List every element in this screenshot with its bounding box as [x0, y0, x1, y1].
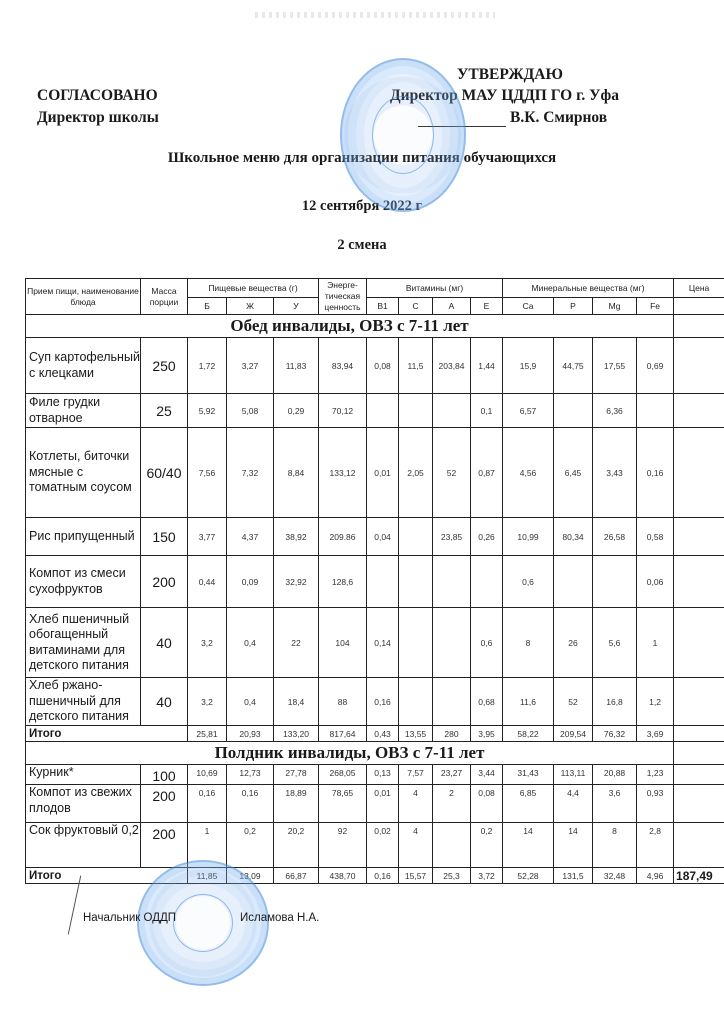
value-cell	[433, 823, 471, 868]
value-cell: 113,11	[554, 765, 593, 785]
portion-mass: 200	[141, 556, 188, 608]
portion-mass: 250	[141, 338, 188, 394]
col-vitamins: Витамины (мг)	[367, 279, 503, 298]
value-cell: 0,02	[367, 823, 399, 868]
value-cell: 7,56	[188, 428, 227, 518]
value-cell: 0,6	[471, 608, 503, 678]
col-fat: Ж	[227, 298, 274, 315]
value-cell: 0,06	[637, 556, 674, 608]
value-cell	[399, 678, 433, 726]
col-protein: Б	[188, 298, 227, 315]
col-minerals: Минеральные вещества (мг)	[503, 279, 674, 298]
total-value: 133,20	[274, 726, 319, 742]
value-cell: 20,88	[593, 765, 637, 785]
price-cell	[674, 765, 724, 785]
col-mg: Mg	[593, 298, 637, 315]
value-cell: 3,2	[188, 678, 227, 726]
value-cell: 8	[503, 608, 554, 678]
total-value: 280	[433, 726, 471, 742]
value-cell: 268,05	[319, 765, 367, 785]
document-title: Школьное меню для организации питания об…	[0, 150, 724, 167]
dish-name: Хлеб ржано-пшеничный для детского питани…	[26, 678, 141, 726]
scan-artifact	[255, 12, 495, 18]
value-cell	[471, 556, 503, 608]
value-cell: 0,58	[637, 518, 674, 556]
value-cell: 92	[319, 823, 367, 868]
footer-position: Начальник ОДДП	[83, 912, 176, 924]
shift-label: 2 смена	[0, 237, 724, 254]
table-row: Компот из свежих плодов2000,160,1618,897…	[26, 785, 724, 823]
signature-mark	[68, 876, 81, 935]
total-value: 3,95	[471, 726, 503, 742]
total-value: 817,64	[319, 726, 367, 742]
table-row: Хлеб ржано-пшеничный для детского питани…	[26, 678, 724, 726]
total-value: 438,70	[319, 868, 367, 884]
value-cell: 0,69	[637, 338, 674, 394]
value-cell: 17,55	[593, 338, 637, 394]
col-price-sub	[674, 298, 724, 315]
signature-line	[418, 126, 506, 127]
value-cell: 1	[188, 823, 227, 868]
section-row: Обед инвалиды, ОВЗ с 7-11 лет	[26, 315, 724, 338]
total-label: Итого	[26, 726, 188, 742]
value-cell	[433, 678, 471, 726]
value-cell: 5,6	[593, 608, 637, 678]
value-cell: 3,2	[188, 608, 227, 678]
footer-name: Исламова Н.А.	[240, 912, 319, 924]
value-cell: 8	[593, 823, 637, 868]
total-value: 76,32	[593, 726, 637, 742]
price-cell	[674, 785, 724, 823]
value-cell: 1,2	[637, 678, 674, 726]
document-date: 12 сентября 2022 г	[0, 198, 724, 215]
value-cell: 0,4	[227, 608, 274, 678]
col-a: A	[433, 298, 471, 315]
value-cell: 1	[637, 608, 674, 678]
value-cell: 26,58	[593, 518, 637, 556]
value-cell: 0,93	[637, 785, 674, 823]
value-cell: 8,84	[274, 428, 319, 518]
total-value: 58,22	[503, 726, 554, 742]
section-title: Обед инвалиды, ОВЗ с 7-11 лет	[26, 315, 674, 338]
value-cell: 14	[554, 823, 593, 868]
portion-mass: 150	[141, 518, 188, 556]
value-cell: 0,04	[367, 518, 399, 556]
value-cell: 0,6	[503, 556, 554, 608]
approved-name: В.К. Смирнов	[510, 109, 607, 127]
value-cell	[433, 608, 471, 678]
value-cell: 0,2	[471, 823, 503, 868]
dish-name: Курник*	[26, 765, 141, 785]
value-cell: 203,84	[433, 338, 471, 394]
value-cell: 6,85	[503, 785, 554, 823]
value-cell: 0,2	[227, 823, 274, 868]
value-cell: 1,23	[637, 765, 674, 785]
approved-title: УТВЕРЖДАЮ	[457, 66, 563, 84]
total-value: 20,93	[227, 726, 274, 742]
value-cell: 6,45	[554, 428, 593, 518]
table-row: Хлеб пшеничный обогащенный витаминами дл…	[26, 608, 724, 678]
value-cell: 0,16	[367, 678, 399, 726]
dish-name: Сок фруктовый 0,2	[26, 823, 141, 868]
value-cell: 83,94	[319, 338, 367, 394]
value-cell: 3,77	[188, 518, 227, 556]
value-cell: 0,08	[471, 785, 503, 823]
value-cell	[637, 394, 674, 428]
agreed-position: Директор школы	[37, 109, 159, 127]
value-cell: 26	[554, 608, 593, 678]
menu-table: Прием пищи, наименование блюда Масса пор…	[25, 278, 724, 884]
value-cell: 0,26	[471, 518, 503, 556]
value-cell	[554, 394, 593, 428]
value-cell: 3,44	[471, 765, 503, 785]
value-cell: 0,1	[471, 394, 503, 428]
value-cell: 32,92	[274, 556, 319, 608]
value-cell: 0,87	[471, 428, 503, 518]
value-cell: 0,68	[471, 678, 503, 726]
value-cell	[367, 394, 399, 428]
value-cell: 0,01	[367, 785, 399, 823]
value-cell: 0,16	[637, 428, 674, 518]
col-fe: Fe	[637, 298, 674, 315]
value-cell: 20,2	[274, 823, 319, 868]
value-cell	[554, 556, 593, 608]
total-value: 13,55	[399, 726, 433, 742]
value-cell	[399, 556, 433, 608]
total-value: 0,43	[367, 726, 399, 742]
total-value: 66,87	[274, 868, 319, 884]
value-cell: 0,08	[367, 338, 399, 394]
value-cell: 52	[554, 678, 593, 726]
price-cell	[674, 338, 724, 394]
value-cell: 209.86	[319, 518, 367, 556]
value-cell: 14	[503, 823, 554, 868]
price-cell	[674, 394, 724, 428]
value-cell	[433, 394, 471, 428]
value-cell: 2,05	[399, 428, 433, 518]
dish-name: Котлеты, биточки мясные с томатным соусо…	[26, 428, 141, 518]
value-cell: 18,89	[274, 785, 319, 823]
total-value: 3,72	[471, 868, 503, 884]
value-cell: 7,57	[399, 765, 433, 785]
price-cell	[674, 608, 724, 678]
value-cell: 23,85	[433, 518, 471, 556]
value-cell: 0,14	[367, 608, 399, 678]
value-cell: 38,92	[274, 518, 319, 556]
total-value: 131,5	[554, 868, 593, 884]
value-cell: 2,8	[637, 823, 674, 868]
table-row: Рис припущенный1503,774,3738,92209.860,0…	[26, 518, 724, 556]
price-cell	[674, 315, 724, 338]
value-cell: 22	[274, 608, 319, 678]
value-cell: 5,92	[188, 394, 227, 428]
value-cell: 27,78	[274, 765, 319, 785]
value-cell: 18,4	[274, 678, 319, 726]
total-value: 25,81	[188, 726, 227, 742]
value-cell: 133,12	[319, 428, 367, 518]
price-cell	[674, 428, 724, 518]
col-e: E	[471, 298, 503, 315]
value-cell: 23,27	[433, 765, 471, 785]
col-price: Цена	[674, 279, 724, 298]
col-carbs: У	[274, 298, 319, 315]
value-cell: 0,44	[188, 556, 227, 608]
value-cell: 52	[433, 428, 471, 518]
portion-mass: 40	[141, 608, 188, 678]
approved-position: Директор МАУ ЦДДП ГО г. Уфа	[390, 87, 619, 105]
value-cell: 0,29	[274, 394, 319, 428]
total-label: Итого	[26, 868, 188, 884]
value-cell: 11,83	[274, 338, 319, 394]
official-stamp	[340, 58, 466, 212]
header-row-1: Прием пищи, наименование блюда Масса пор…	[26, 279, 724, 298]
value-cell: 16,8	[593, 678, 637, 726]
value-cell: 44,75	[554, 338, 593, 394]
col-energy: Энерге- тическая ценность	[319, 279, 367, 315]
value-cell: 128,6	[319, 556, 367, 608]
value-cell: 11,5	[399, 338, 433, 394]
portion-mass: 60/40	[141, 428, 188, 518]
table-row: Котлеты, биточки мясные с томатным соусо…	[26, 428, 724, 518]
value-cell: 104	[319, 608, 367, 678]
total-value: 209,54	[554, 726, 593, 742]
col-nutrients: Пищевые вещества (г)	[188, 279, 319, 298]
value-cell: 2	[433, 785, 471, 823]
table-row: Курник*10010,6912,7327,78268,050,137,572…	[26, 765, 724, 785]
portion-mass: 25	[141, 394, 188, 428]
value-cell	[367, 556, 399, 608]
portion-mass: 100	[141, 765, 188, 785]
price-cell	[674, 556, 724, 608]
value-cell: 80,34	[554, 518, 593, 556]
value-cell: 0,13	[367, 765, 399, 785]
value-cell: 11,6	[503, 678, 554, 726]
portion-mass: 40	[141, 678, 188, 726]
col-c: C	[399, 298, 433, 315]
total-price	[674, 726, 724, 742]
value-cell: 4	[399, 823, 433, 868]
col-ca: Ca	[503, 298, 554, 315]
col-meal: Прием пищи, наименование блюда	[26, 279, 141, 315]
dish-name: Суп картофельный с клецками	[26, 338, 141, 394]
total-value: 52,28	[503, 868, 554, 884]
value-cell: 5,08	[227, 394, 274, 428]
value-cell: 4	[399, 785, 433, 823]
dish-name: Компот из свежих плодов	[26, 785, 141, 823]
portion-mass: 200	[141, 823, 188, 868]
value-cell: 6,36	[593, 394, 637, 428]
value-cell: 7,32	[227, 428, 274, 518]
total-value: 4,96	[637, 868, 674, 884]
value-cell: 4,56	[503, 428, 554, 518]
value-cell: 3,6	[593, 785, 637, 823]
value-cell: 10,99	[503, 518, 554, 556]
total-row: Итого25,8120,93133,20817,640,4313,552803…	[26, 726, 724, 742]
value-cell: 0,01	[367, 428, 399, 518]
col-p: P	[554, 298, 593, 315]
col-mass: Масса порции	[141, 279, 188, 315]
value-cell: 1,44	[471, 338, 503, 394]
total-value: 15,57	[399, 868, 433, 884]
value-cell: 70,12	[319, 394, 367, 428]
value-cell: 3,27	[227, 338, 274, 394]
total-row: Итого11,8513,0966,87438,700,1615,5725,33…	[26, 868, 724, 884]
table-row: Компот из смеси сухофруктов2000,440,0932…	[26, 556, 724, 608]
price-cell	[674, 678, 724, 726]
total-value: 13,09	[227, 868, 274, 884]
value-cell: 1,72	[188, 338, 227, 394]
value-cell: 0,16	[227, 785, 274, 823]
value-cell	[399, 394, 433, 428]
value-cell: 3,43	[593, 428, 637, 518]
total-price: 187,49	[674, 868, 724, 884]
agreed-title: СОГЛАСОВАНО	[37, 87, 158, 105]
table-row: Сок фруктовый 0,220010,220,2920,0240,214…	[26, 823, 724, 868]
total-value: 3,69	[637, 726, 674, 742]
value-cell: 78,65	[319, 785, 367, 823]
table-row: Суп картофельный с клецками2501,723,2711…	[26, 338, 724, 394]
value-cell: 4,37	[227, 518, 274, 556]
total-value: 0,16	[367, 868, 399, 884]
value-cell: 15,9	[503, 338, 554, 394]
section-row: Полдник инвалиды, ОВЗ с 7-11 лет	[26, 742, 724, 765]
value-cell	[399, 608, 433, 678]
dish-name: Рис припущенный	[26, 518, 141, 556]
portion-mass: 200	[141, 785, 188, 823]
section-title: Полдник инвалиды, ОВЗ с 7-11 лет	[26, 742, 674, 765]
value-cell: 4,4	[554, 785, 593, 823]
price-cell	[674, 742, 724, 765]
total-value: 32,48	[593, 868, 637, 884]
dish-name: Хлеб пшеничный обогащенный витаминами дл…	[26, 608, 141, 678]
table-row: Филе грудки отварное255,925,080,2970,120…	[26, 394, 724, 428]
value-cell	[399, 518, 433, 556]
value-cell	[593, 556, 637, 608]
value-cell: 0,4	[227, 678, 274, 726]
value-cell: 31,43	[503, 765, 554, 785]
price-cell	[674, 518, 724, 556]
value-cell	[433, 556, 471, 608]
value-cell: 0,16	[188, 785, 227, 823]
value-cell: 88	[319, 678, 367, 726]
total-value: 11,85	[188, 868, 227, 884]
value-cell: 10,69	[188, 765, 227, 785]
price-cell	[674, 823, 724, 868]
dish-name: Компот из смеси сухофруктов	[26, 556, 141, 608]
dish-name: Филе грудки отварное	[26, 394, 141, 428]
total-value: 25,3	[433, 868, 471, 884]
value-cell: 12,73	[227, 765, 274, 785]
value-cell: 0,09	[227, 556, 274, 608]
col-b1: B1	[367, 298, 399, 315]
value-cell: 6,57	[503, 394, 554, 428]
